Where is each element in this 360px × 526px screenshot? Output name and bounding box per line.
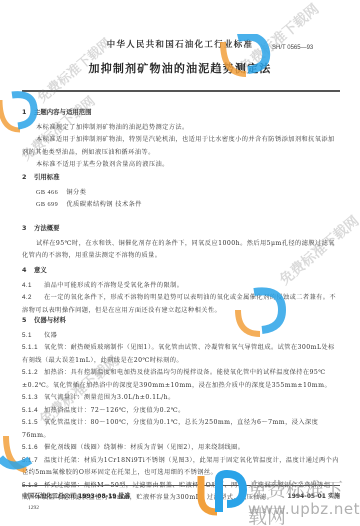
section-heading: 1主题内容与适用范围 (22, 106, 340, 119)
standard-code: SH/T 0565—93 (272, 45, 313, 51)
subsection-heading: 5.1仪器 (22, 330, 340, 343)
clause-item: 5.1.3氧气流量计：测量范围为3.0L/h±0.1L/h。 (22, 392, 340, 405)
section-heading: 2引用标准 (22, 171, 340, 184)
clause-item: 5.1.1氧化管：耐热硬质玻璃制作（见图1）。氧化管由试管、冷凝管和氧气导管组成… (22, 342, 340, 367)
clause-item: 5.1.6催化剂线圈（线圈）绕制棒：材质为青铜（见图2），用来绕制线圈。 (22, 442, 340, 455)
reference-item: GB 466 铜分类 (22, 187, 340, 200)
paragraph: 本标准不适用于某些分散剂含量高的液压油。 (22, 159, 340, 172)
document-title: 加抑制剂矿物油的油泥趋势测定法 (0, 60, 360, 76)
brand-url[interactable]: www.upbz.net (248, 500, 360, 518)
clause-item: 5.1.4加热浴温度计：72～126℃，分度值为0.2℃。 (22, 405, 340, 418)
reference-item: GB 699 优质碳素结构钢 技术条件 (22, 199, 340, 212)
section-heading: 4意义 (22, 264, 340, 277)
clause-item: 5.1.5氧化管温度计：80～100℃，分度值为0.1℃，总长为250mm，直径… (22, 417, 340, 442)
section-heading: 3方法概要 (22, 222, 340, 235)
document-page: 中华人民共和国石油化工行业标准 SH/T 0565—93 加抑制剂矿物油的油泥趋… (0, 0, 360, 526)
header-divider (22, 90, 340, 92)
page-number: 1292 (28, 505, 39, 511)
clause-item: 5.1.2加热浴：具有控制温度和电加热及使浴温均匀的搅拌设备。能使氧化管中的试样… (22, 367, 340, 392)
paragraph: 本标准适用于加抑制剂矿物油，特别是汽轮机油，也适用于比水密度小的并含有防锈添加剂… (22, 134, 340, 159)
section-3: 3方法概要 试样在95℃时，在水和铁、铜催化剂存在的条件下，同氧反应1000h。… (22, 222, 340, 263)
section-1: 1主题内容与适用范围 本标准规定了加抑制剂矿物油的油泥趋势测定方法。 本标准适用… (22, 106, 340, 172)
clause-item: 4.1油品中可能形成的不溶物是受氧化条件的限制。 (22, 280, 340, 293)
approval-date: 中国石油化工总公司 1993-08-19 批准 (22, 491, 131, 500)
section-2: 2引用标准 GB 466 铜分类 GB 699 优质碳素结构钢 技术条件 (22, 171, 340, 212)
paragraph: 试样在95℃时，在水和铁、铜催化剂存在的条件下，同氧反应1000h。然后用5μm… (22, 238, 340, 263)
section-heading: 5仪器与材料 (22, 314, 340, 327)
paragraph: 本标准规定了加抑制剂矿物油的油泥趋势测定方法。 (22, 122, 340, 135)
section-4: 4意义 4.1油品中可能形成的不溶物是受氧化条件的限制。 4.2在一定的氧化条件… (22, 264, 340, 317)
